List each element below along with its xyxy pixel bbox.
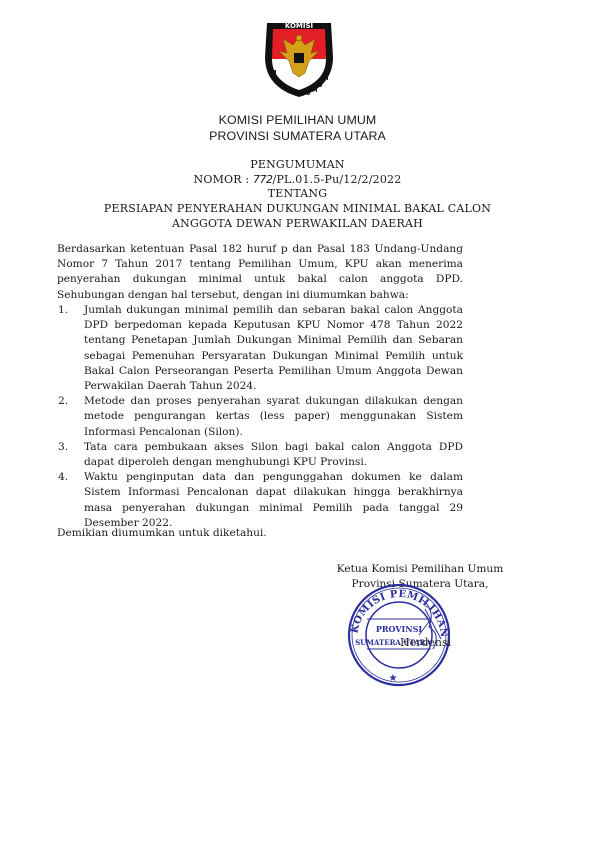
list-item: 4. Waktu penginputan data dan pengunggah… <box>57 470 463 531</box>
list-item-number: 3. <box>58 440 68 455</box>
signatory-name: Herdensi <box>400 636 451 649</box>
svg-text:I: I <box>274 76 276 82</box>
announcement-number: NOMOR : 772/PL.01.5-Pu/12/2/2022 <box>0 173 595 186</box>
announcement-list: 1. Jumlah dukungan minimal pemilih dan s… <box>57 303 463 531</box>
svg-text:L: L <box>277 81 281 87</box>
institution-name: KOMISI PEMILIHAN UMUM <box>0 113 595 127</box>
list-item: 1. Jumlah dukungan minimal pemilih dan s… <box>57 303 463 394</box>
stamp-center-line1: PROVINSI <box>376 624 423 634</box>
list-item-text: Waktu penginputan data dan pengunggahan … <box>84 471 463 529</box>
signatory-title: Ketua Komisi Pemilihan Umum <box>325 562 515 577</box>
institution-province: PROVINSI SUMATERA UTARA <box>0 129 595 143</box>
svg-text:P: P <box>268 57 272 63</box>
list-item: 3. Tata cara pembukaan akses Silon bagi … <box>57 440 463 470</box>
number-handwritten: 772 <box>253 173 273 186</box>
number-prefix: NOMOR : <box>194 173 254 186</box>
announcement-subject-line1: PERSIAPAN PENYERAHAN DUKUNGAN MINIMAL BA… <box>0 202 595 215</box>
list-item-text: Jumlah dukungan minimal pemilih dan seba… <box>84 304 463 392</box>
intro-paragraph: Berdasarkan ketentuan Pasal 182 huruf p … <box>57 242 463 303</box>
svg-text:A: A <box>293 91 298 97</box>
announcement-title: PENGUMUMAN <box>0 158 595 171</box>
list-item-number: 2. <box>58 394 68 409</box>
list-item: 2. Metode dan proses penyerahan syarat d… <box>57 394 463 440</box>
announcement-tentang: TENTANG <box>0 187 595 200</box>
list-item-number: 4. <box>58 470 68 485</box>
svg-text:M: M <box>312 88 317 94</box>
list-item-text: Metode dan proses penyerahan syarat duku… <box>84 395 463 437</box>
svg-text:N: N <box>299 92 304 98</box>
svg-text:U: U <box>318 83 322 89</box>
number-suffix: /PL.01.5-Pu/12/2/2022 <box>273 173 402 186</box>
official-stamp-icon: KOMISI PEMILIHAN UMUM PROVINSI SUMATERA … <box>341 579 459 687</box>
svg-text:H: H <box>287 89 292 95</box>
closing-statement: Demikian diumumkan untuk diketahui. <box>57 527 267 539</box>
list-item-text: Tata cara pembukaan akses Silon bagi bak… <box>84 441 463 468</box>
stamp-star-icon: ★ <box>389 673 398 684</box>
svg-text:U: U <box>306 91 310 97</box>
announcement-subject-line2: ANGGOTA DEWAN PERWAKILAN DAERAH <box>0 217 595 230</box>
kpu-logo-icon: KOMISI PEM ILI HAN UMU M <box>259 17 339 99</box>
list-item-number: 1. <box>58 303 68 318</box>
logo-top-text: KOMISI <box>285 22 313 30</box>
svg-text:M: M <box>323 76 328 82</box>
svg-text:I: I <box>282 85 284 91</box>
